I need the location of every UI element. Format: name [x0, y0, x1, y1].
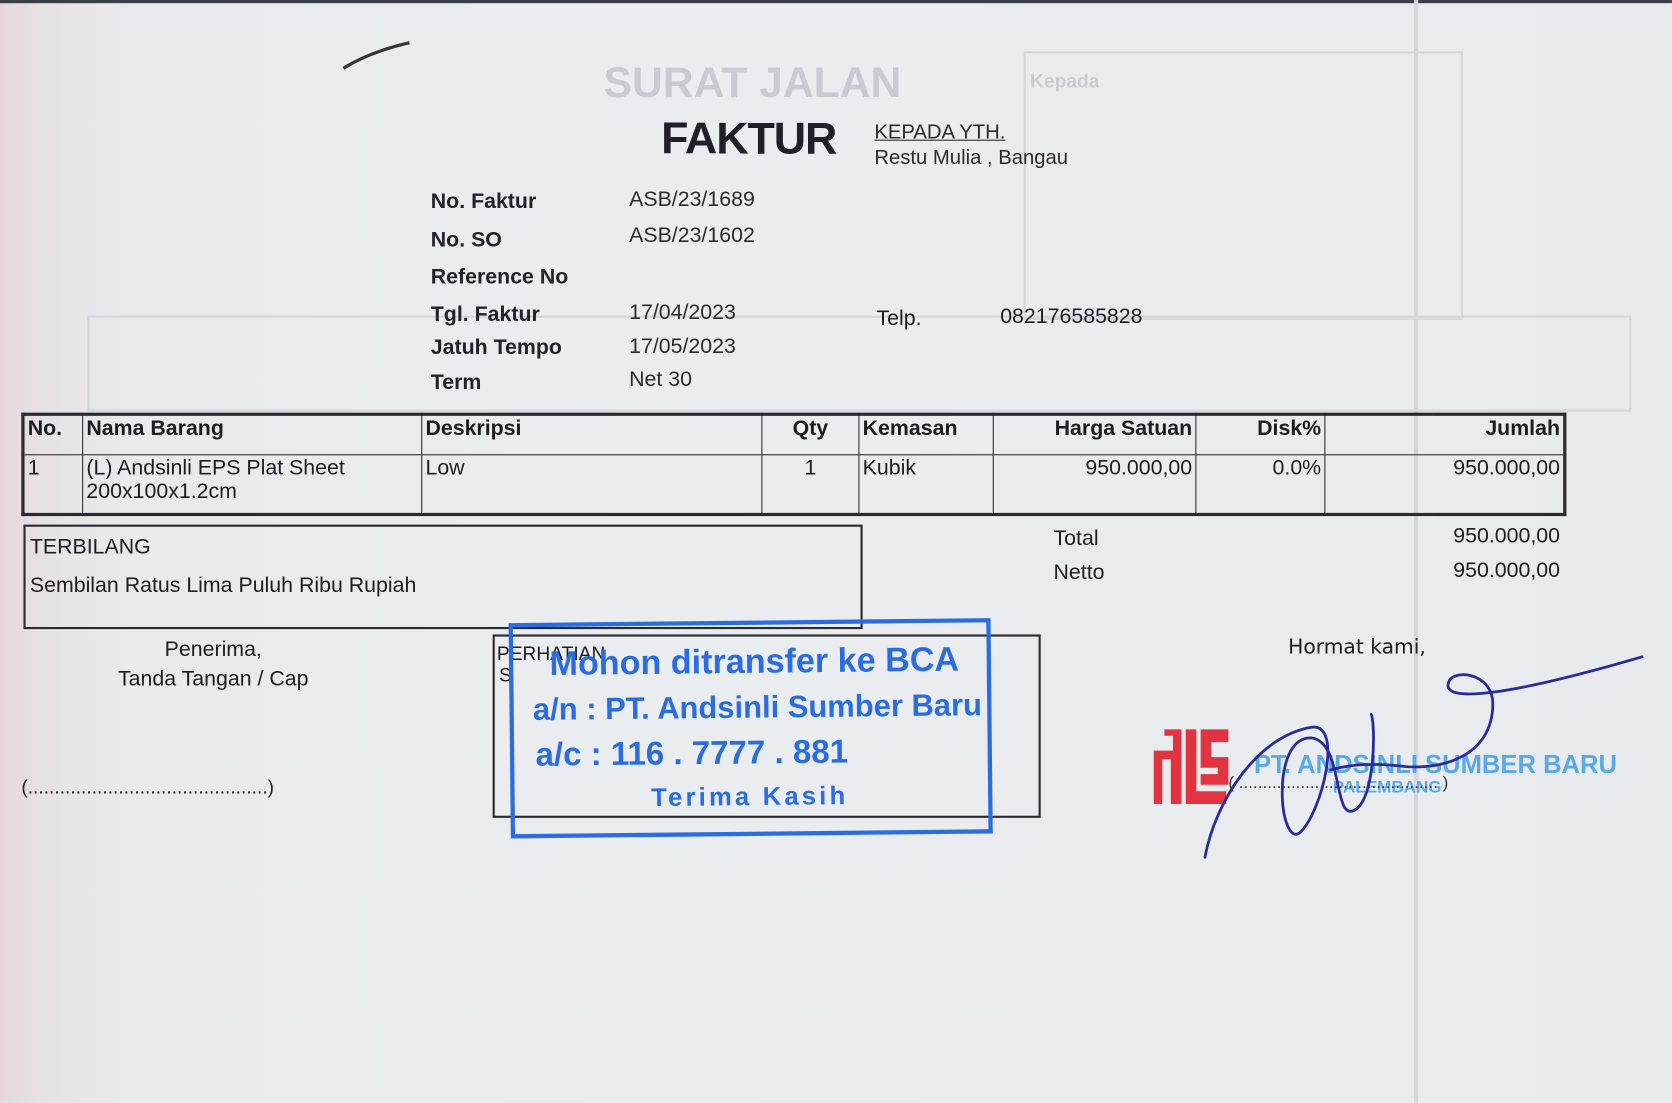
netto-label: Netto: [1054, 561, 1105, 586]
table-header-row: No. Nama Barang Deskripsi Qty Kemasan Ha…: [23, 414, 1565, 455]
col-header-no: No.: [23, 414, 83, 455]
meta-value-jatuh-tempo: 17/05/2023: [629, 335, 736, 360]
col-header-harga-satuan: Harga Satuan: [993, 414, 1196, 455]
signature: [1194, 640, 1663, 875]
cell-disk: 0.0%: [1196, 455, 1325, 515]
meta-label-jatuh-tempo: Jatuh Tempo: [431, 336, 562, 361]
col-header-deskripsi: Deskripsi: [422, 414, 762, 455]
meta-label-no-so: No. SO: [431, 228, 502, 253]
table-row: 1 (L) Andsinli EPS Plat Sheet 200x100x1.…: [23, 455, 1565, 515]
meta-value-no-so: ASB/23/1602: [629, 224, 755, 249]
meta-label-tgl-faktur: Tgl. Faktur: [431, 303, 540, 328]
paper-top-edge: [0, 0, 1672, 3]
recipient-name: Restu Mulia , Bangau: [874, 147, 1068, 170]
stamp-line-account-name: a/n : PT. Andsinli Sumber Baru: [533, 689, 982, 729]
meta-label-term: Term: [431, 371, 482, 396]
document-title: FAKTUR: [661, 113, 836, 164]
terbilang-label: TERBILANG: [30, 535, 151, 560]
col-header-qty: Qty: [762, 414, 859, 455]
netto-value: 950.000,00: [1453, 559, 1560, 584]
cell-qty: 1: [762, 455, 859, 515]
ghost-table: [87, 316, 1631, 412]
cell-deskripsi: Low: [422, 455, 762, 515]
recipient-label: KEPADA YTH.: [874, 122, 1005, 145]
telp-value: 082176585828: [1000, 305, 1142, 330]
col-header-blank: [1325, 414, 1432, 455]
cell-no: 1: [23, 455, 83, 515]
stamp-line-thanks: Terima Kasih: [651, 782, 849, 814]
receiver-sign-line: (.......................................…: [21, 776, 274, 798]
cell-jumlah: 950.000,00: [1432, 455, 1565, 515]
meta-value-tgl-faktur: 17/04/2023: [629, 301, 736, 326]
meta-label-no-faktur: No. Faktur: [431, 190, 536, 215]
total-value: 950.000,00: [1453, 525, 1560, 550]
ghost-title: SURAT JALAN: [604, 60, 902, 108]
cell-harga-satuan: 950.000,00: [993, 455, 1196, 515]
receiver-sign-caption: Tanda Tangan / Cap: [64, 668, 363, 693]
meta-value-no-faktur: ASB/23/1689: [629, 188, 755, 213]
terbilang-text: Sembilan Ratus Lima Puluh Ribu Rupiah: [30, 574, 416, 599]
receiver-label: Penerima,: [64, 638, 363, 663]
meta-value-term: Net 30: [629, 368, 692, 393]
stamp-line-transfer: Mohon ditransfer ke BCA: [549, 640, 959, 684]
invoice-photo: SURAT JALAN Kepada FAKTUR KEPADA YTH. Re…: [0, 0, 1672, 1103]
cell-blank: [1325, 455, 1432, 515]
col-header-jumlah: Jumlah: [1432, 414, 1565, 455]
cell-kemasan: Kubik: [859, 455, 993, 515]
ghost-kepada-label: Kepada: [1030, 70, 1099, 92]
total-label: Total: [1054, 527, 1099, 552]
items-table: No. Nama Barang Deskripsi Qty Kemasan Ha…: [21, 413, 1566, 516]
col-header-kemasan: Kemasan: [859, 414, 993, 455]
bank-transfer-stamp: Mohon ditransfer ke BCA a/n : PT. Andsin…: [509, 618, 993, 838]
col-header-disk: Disk%: [1196, 414, 1325, 455]
cell-nama-barang: (L) Andsinli EPS Plat Sheet 200x100x1.2c…: [83, 455, 422, 515]
meta-label-reference-no: Reference No: [431, 266, 568, 291]
telp-label: Telp.: [876, 307, 921, 332]
stamp-line-account-number: a/c : 116 . 7777 . 881: [535, 733, 848, 775]
terbilang-box: TERBILANG Sembilan Ratus Lima Puluh Ribu…: [23, 525, 862, 629]
pen-mark: [339, 38, 414, 74]
col-header-nama-barang: Nama Barang: [83, 414, 422, 455]
